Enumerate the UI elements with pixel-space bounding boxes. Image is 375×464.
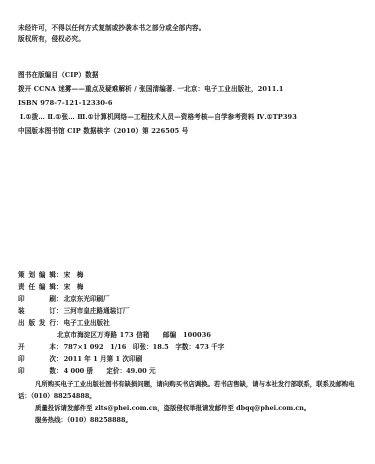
- responsible-editor-row: 责任编辑： 宋 梅: [18, 283, 83, 292]
- notice-paragraph-1: 凡所购买电子工业出版社图书有缺损问题，请向购买书店调换。若书店售缺，请与本社发行…: [18, 378, 363, 402]
- notice-paragraph-2: 质量投诉请发邮件至 zlts@phei.com.cn，盗版侵权举报请发邮件至 d…: [18, 402, 363, 414]
- cip-classification: Ⅰ.①拨… Ⅱ.①张… Ⅲ.①计算机网络—工程技术人员—资格考核—自学参考资料 …: [20, 113, 297, 122]
- field-label: 装 订: [18, 307, 56, 316]
- field-label: 开 本: [18, 343, 56, 352]
- publisher-value: 电子工业出版社: [64, 319, 110, 328]
- responsible-editor-value: 宋 梅: [64, 283, 84, 292]
- print-run-row: 印 数： 4 000 册 定价：49.00 元: [18, 367, 156, 376]
- print-run-value: 4 000 册 定价：49.00 元: [64, 367, 156, 376]
- field-label: 印 刷: [18, 295, 56, 304]
- field-label: 策划编辑: [18, 271, 56, 280]
- planning-editor-value: 宋 梅: [64, 271, 84, 280]
- cip-isbn: ISBN 978-7-121-12330-6: [18, 99, 113, 108]
- notice-paragraph-3: 服务热线：（010）88258888。: [18, 414, 363, 426]
- field-label: 出版发行: [18, 319, 56, 328]
- format-row: 开 本： 787×1 092 1/16 印张：18.5 字数：473 千字: [18, 343, 224, 352]
- planning-editor-row: 策划编辑： 宋 梅: [18, 271, 83, 280]
- edition-value: 2011 年 1 月第 1 次印刷: [64, 355, 143, 364]
- edition-row: 印 次： 2011 年 1 月第 1 次印刷: [18, 355, 142, 364]
- cip-heading: 图书在版编目（CIP）数据: [18, 71, 99, 80]
- publisher-address: 北京市海淀区万寿路 173 信箱 邮编 100036: [57, 331, 211, 340]
- cip-number: 中国版本图书馆 CIP 数据核字（2010）第 226505 号: [18, 127, 188, 136]
- field-label: 责任编辑: [18, 283, 56, 292]
- field-label: 印 数: [18, 367, 56, 376]
- binding-value: 三河市皇庄路通装订厂: [64, 307, 130, 316]
- binding-row: 装 订： 三河市皇庄路通装订厂: [18, 307, 130, 316]
- publisher-row: 出版发行： 电子工业出版社: [18, 319, 110, 328]
- copyright-line-2: 版权所有，侵权必究。: [18, 35, 85, 44]
- copyright-line-1: 未经许可，不得以任何方式复制或抄袭本书之部分或全部内容。: [18, 24, 205, 33]
- format-value: 787×1 092 1/16 印张：18.5 字数：473 千字: [64, 343, 225, 352]
- printing-row: 印 刷： 北京东光印刷厂: [18, 295, 110, 304]
- printing-value: 北京东光印刷厂: [64, 295, 110, 304]
- field-label: 印 次: [18, 355, 56, 364]
- cip-title-line: 拨开 CCNA 迷雾——重点及疑难解析 / 张国清编著. 一北京：电子工业出版社…: [18, 85, 284, 94]
